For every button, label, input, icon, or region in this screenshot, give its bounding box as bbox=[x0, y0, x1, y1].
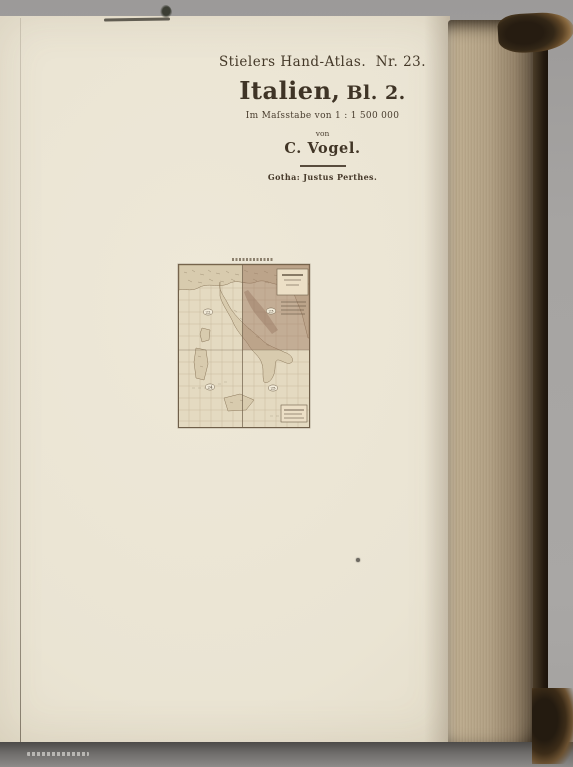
scale-statement: Im Maſsstabe von 1 : 1 500 000 bbox=[180, 111, 465, 121]
sheet-badge-23-label: 23 bbox=[268, 308, 274, 313]
sheet-badge-22-label: 22 bbox=[205, 309, 211, 314]
map-title: Italien, bbox=[239, 76, 340, 105]
sheet-number: Bl. 2. bbox=[346, 82, 405, 104]
cartographer-name: C. Vogel. bbox=[180, 140, 465, 157]
divider-rule bbox=[300, 165, 346, 167]
book-cover-edge bbox=[533, 18, 548, 762]
credit-text bbox=[27, 752, 89, 756]
dust-speck bbox=[356, 558, 360, 562]
index-map-of-italy: 22 23 24 25 bbox=[178, 264, 310, 428]
map-scale-box bbox=[281, 405, 307, 422]
page-crease-line bbox=[20, 18, 21, 742]
series-title: Stielers Hand-Atlas. Nr. 23. bbox=[180, 54, 465, 70]
worn-cover-corner-bottom bbox=[532, 688, 573, 764]
worn-cover-corner-top bbox=[497, 11, 573, 54]
page-title: Italien, Bl. 2. bbox=[180, 76, 465, 105]
corsica bbox=[200, 328, 210, 342]
sheet-badge-25-label: 25 bbox=[270, 385, 276, 390]
publisher-imprint: Gotha: Justus Perthes. bbox=[180, 172, 465, 182]
index-map-caption-line bbox=[232, 258, 274, 261]
title-block: Stielers Hand-Atlas. Nr. 23. Italien, Bl… bbox=[180, 54, 465, 182]
sheet-badge-24-label: 24 bbox=[207, 384, 213, 389]
scanned-atlas-page-photo: Stielers Hand-Atlas. Nr. 23. Italien, Bl… bbox=[0, 0, 573, 767]
byline-von: von bbox=[180, 129, 465, 138]
